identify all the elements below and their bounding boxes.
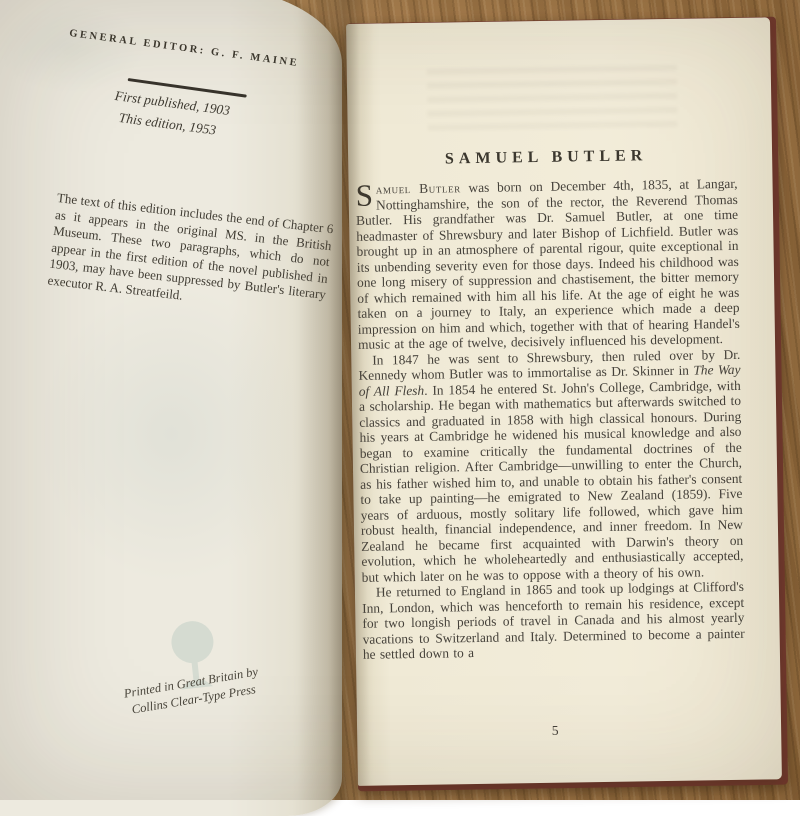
book-photo-scene: GENERAL EDITOR: G. F. MAINE First publis… (0, 0, 800, 800)
body-text: Samuel Butler was born on December 4th, … (355, 176, 745, 662)
lead-small-caps: amuel Butler (376, 180, 461, 196)
page-number: 5 (364, 720, 746, 742)
general-editor-line: GENERAL EDITOR: G. F. MAINE (69, 28, 300, 69)
paragraph: In 1847 he was sent to Shrewsbury, then … (358, 346, 744, 584)
body-segment: . In 1854 he entered St. John's College,… (359, 377, 744, 584)
paragraph: Samuel Butler was born on December 4th, … (355, 176, 740, 352)
show-through-ghost (427, 65, 678, 135)
drop-cap: S (355, 182, 376, 208)
left-page: GENERAL EDITOR: G. F. MAINE First publis… (0, 0, 342, 800)
body-segment: He returned to England in 1865 and took … (362, 579, 745, 662)
chapter-heading: SAMUEL BUTLER (355, 146, 737, 170)
show-through-ghost (36, 284, 306, 584)
paragraph: He returned to England in 1865 and took … (362, 579, 745, 662)
show-through-ghost (0, 4, 146, 94)
page-content: SAMUEL BUTLER Samuel Butler was born on … (355, 146, 745, 662)
edition-note: The text of this edition includes the en… (47, 190, 334, 320)
body-segment: was born on December 4th, 1835, at Langa… (356, 176, 740, 352)
right-page: SAMUEL BUTLER Samuel Butler was born on … (346, 17, 782, 786)
